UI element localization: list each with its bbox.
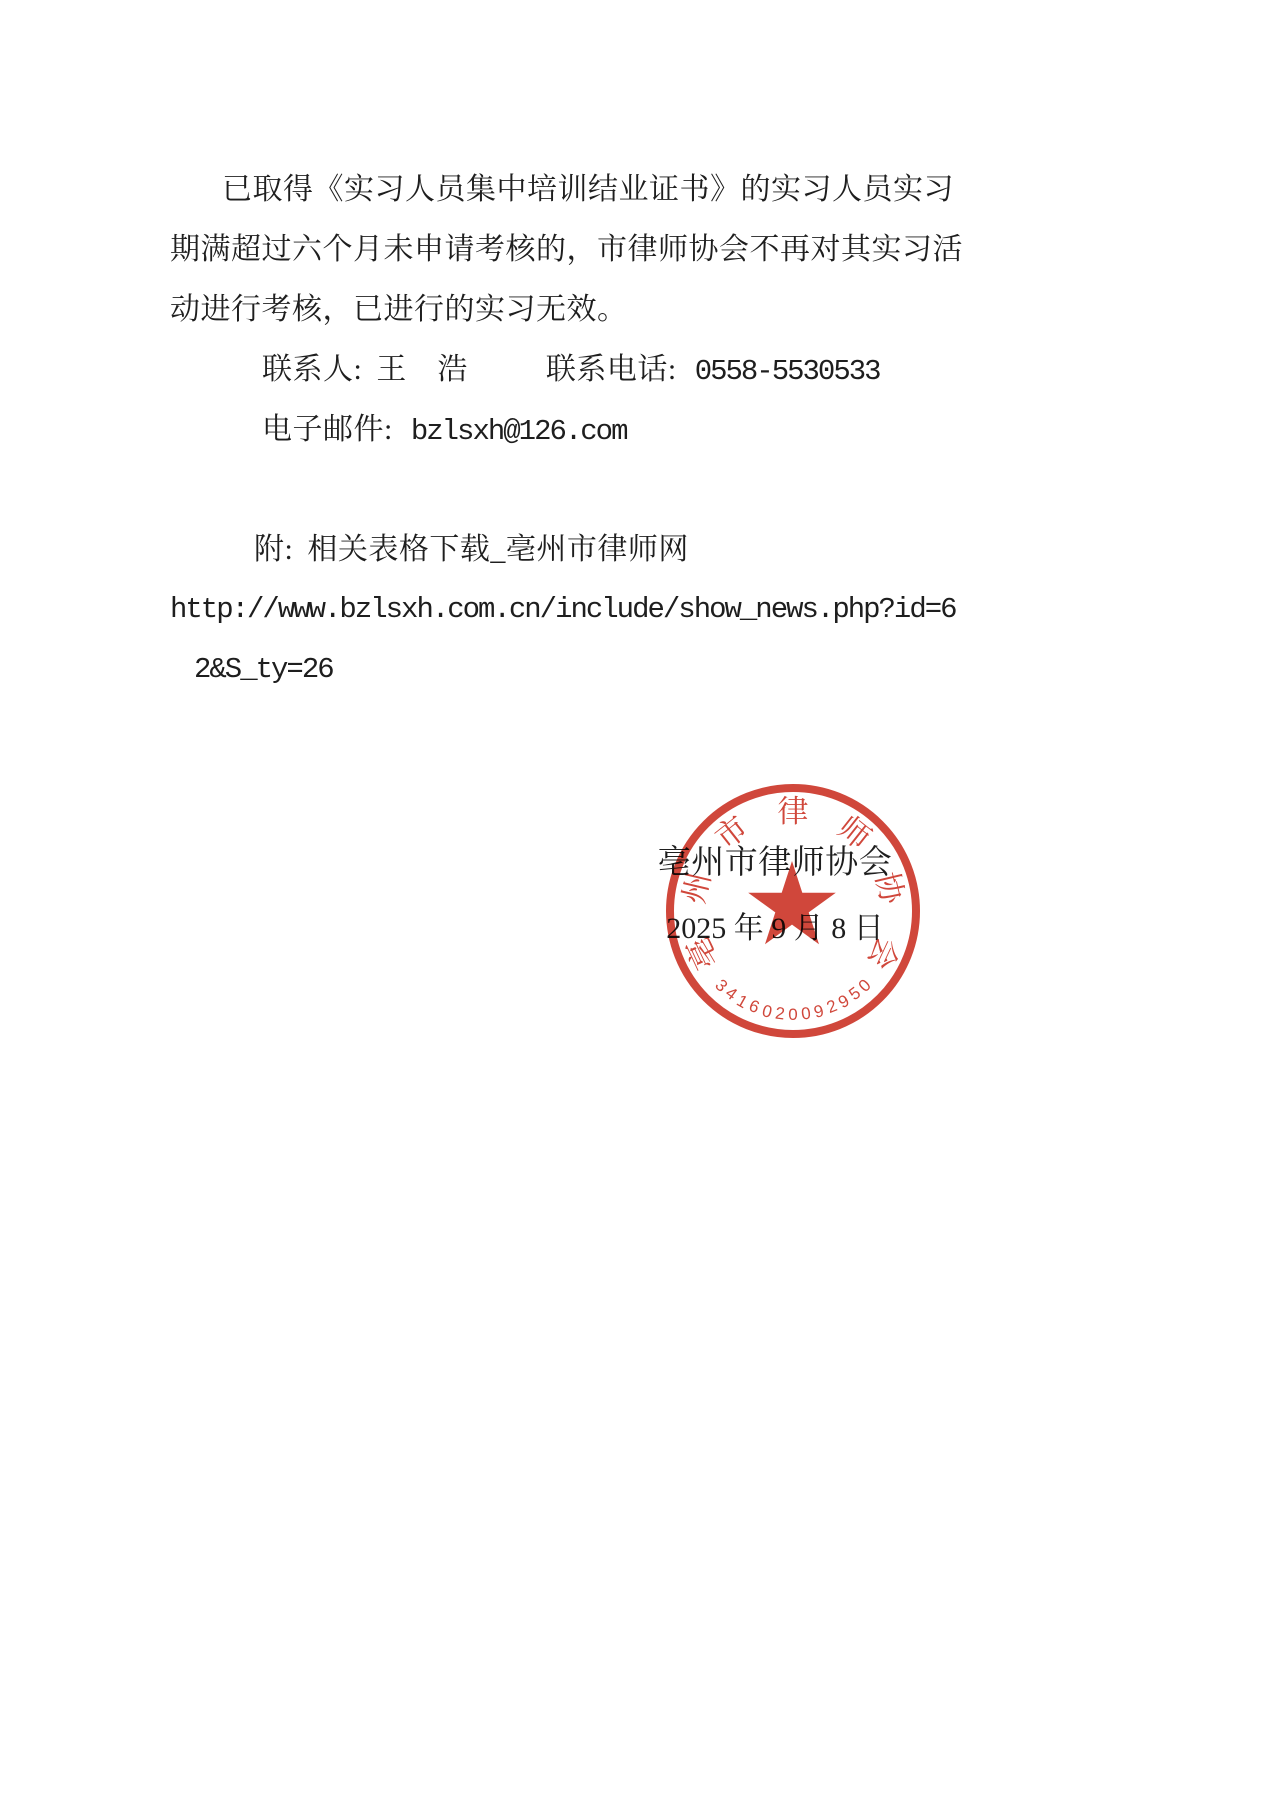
document-page: 已取得《实习人员集中培训结业证书》的实习人员实习 期满超过六个月未申请考核的，市… bbox=[0, 0, 1280, 1810]
paragraph-line-1: 已取得《实习人员集中培训结业证书》的实习人员实习 bbox=[170, 160, 1162, 220]
email-address: bzlsxh@126.com bbox=[411, 415, 627, 448]
contact-phone-number: 0558-5530533 bbox=[695, 355, 880, 388]
star-shape bbox=[748, 861, 836, 944]
seal-star-icon bbox=[742, 857, 842, 957]
email-line: 电子邮件:bzlsxh@126.com bbox=[170, 400, 1202, 460]
seal-ring-char: 师 bbox=[831, 809, 879, 857]
email-label: 电子邮件: bbox=[262, 413, 393, 446]
seal-ring-char: 州 bbox=[676, 868, 717, 909]
seal-ring-char: 协 bbox=[869, 868, 910, 909]
attachment-link-text: 相关表格下载_亳州市律师网 bbox=[307, 533, 689, 566]
seal-ring-char: 市 bbox=[708, 809, 756, 857]
official-seal: 亳州市律师协会 3416020092950 bbox=[666, 784, 920, 1038]
paragraph-line-2: 期满超过六个月未申请考核的，市律师协会不再对其实习活 bbox=[170, 220, 1110, 280]
attachment-label: 附: bbox=[254, 533, 293, 566]
contact-phone-label: 联系电话: bbox=[546, 353, 677, 386]
url-line-1: http://www.bzlsxh.com.cn/include/show_ne… bbox=[170, 580, 1110, 640]
url-line-2: 2&S_ty=26 bbox=[170, 640, 1134, 700]
paragraph-line-3: 动进行考核，已进行的实习无效。 bbox=[170, 280, 1110, 340]
attachment-line: 附:相关表格下载_亳州市律师网 bbox=[170, 520, 1194, 580]
seal-ring-char: 会 bbox=[860, 930, 905, 975]
contact-person-label: 联系人: bbox=[262, 353, 362, 386]
contact-person-name: 王 浩 bbox=[376, 353, 468, 386]
contact-line: 联系人:王 浩联系电话:0558-5530533 bbox=[170, 340, 1202, 400]
seal-ring-char: 亳 bbox=[681, 930, 726, 975]
seal-ring-char: 律 bbox=[776, 795, 810, 829]
